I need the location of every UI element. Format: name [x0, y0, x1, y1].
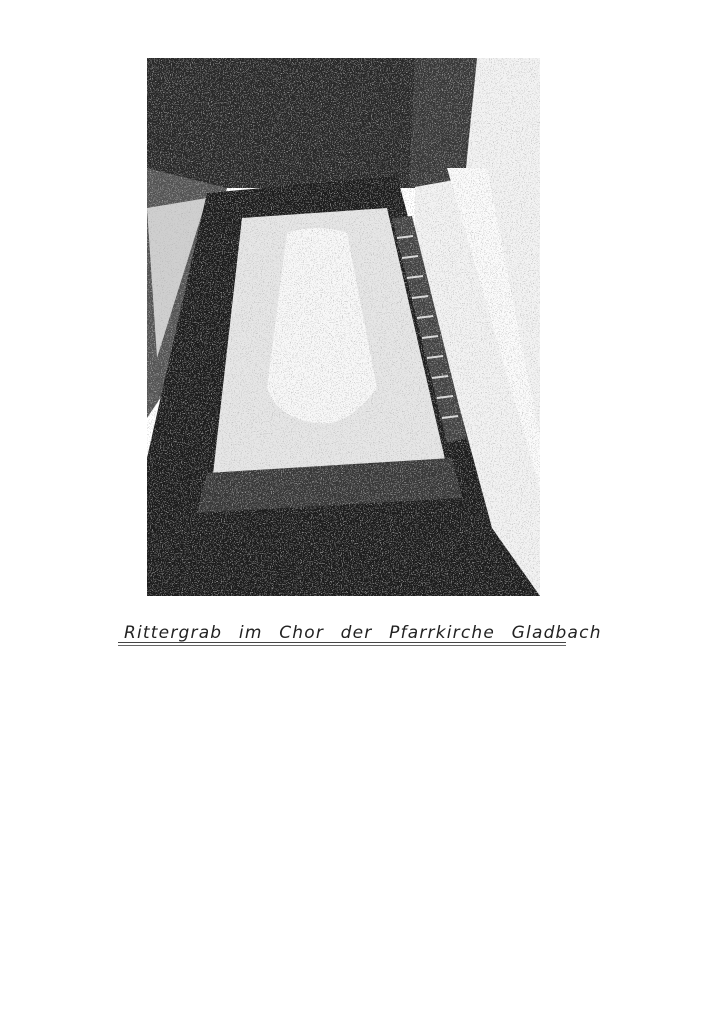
- figure-caption: Rittergrab im Chor der Pfarrkirche Gladb…: [118, 623, 572, 643]
- tomb-photograph: [147, 58, 540, 596]
- caption-underline: [118, 642, 566, 643]
- caption-underline-second: [118, 645, 566, 646]
